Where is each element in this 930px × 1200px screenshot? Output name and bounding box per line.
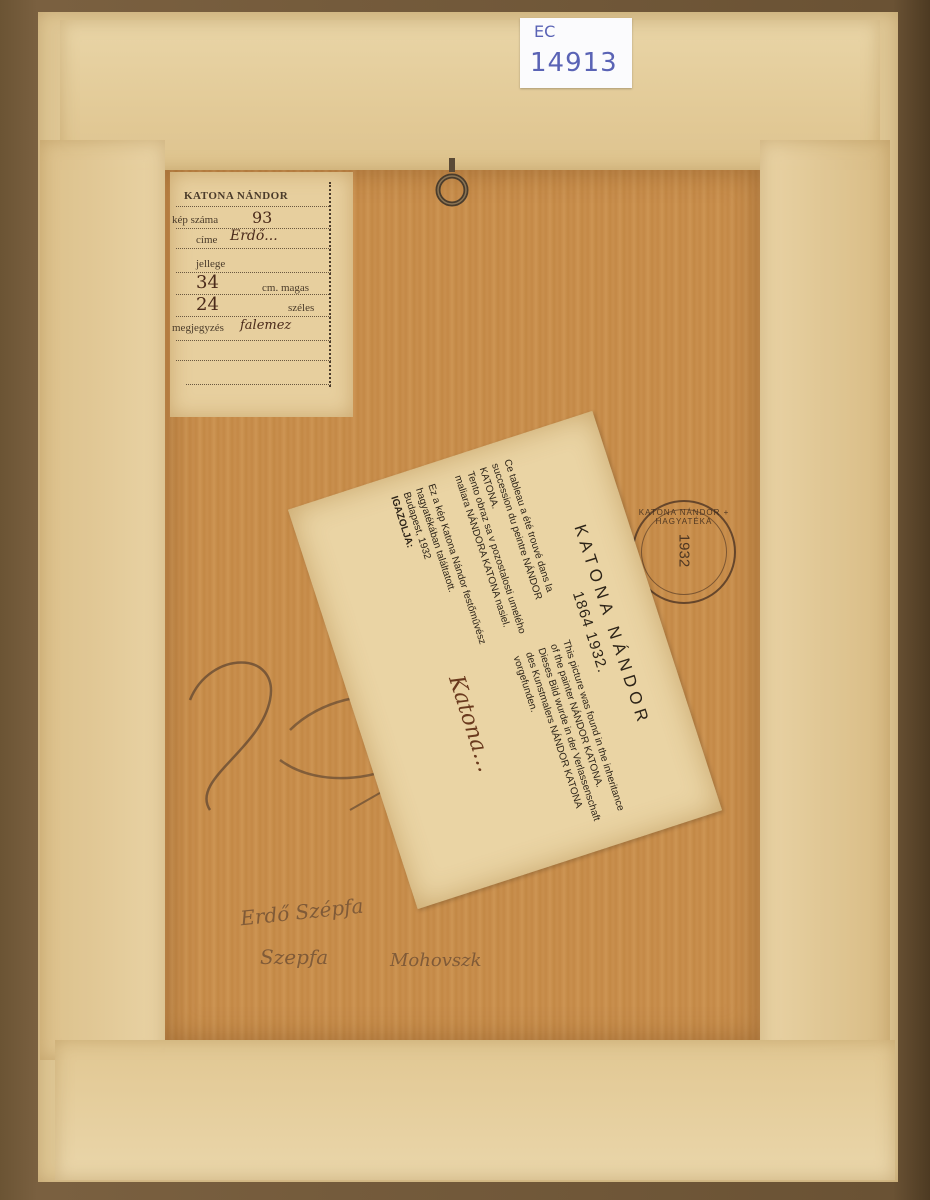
- tape-top: [60, 20, 880, 170]
- catalog-card-title: KATONA NÁNDOR: [184, 190, 288, 202]
- inventory-prefix: EC: [534, 22, 555, 41]
- divider: [176, 340, 331, 341]
- field-value: 34: [196, 272, 219, 293]
- inventory-label: EC 14913: [520, 18, 632, 88]
- tape-bottom: [55, 1040, 895, 1180]
- divider: [329, 182, 331, 387]
- field-value: falemez: [240, 318, 291, 333]
- pencil-note: Szepfa: [260, 945, 328, 969]
- field-label: széles: [288, 302, 314, 314]
- divider: [176, 360, 331, 361]
- pencil-note: Mohovszk: [390, 950, 482, 971]
- certificate-english: This picture was found in the inheritanc…: [510, 638, 631, 839]
- divider: [176, 316, 331, 317]
- stamp-ring-text: KATONA NÁNDOR + HAGYATÉKA: [634, 508, 734, 526]
- divider: [186, 384, 331, 385]
- certificate-signature: Katona...: [443, 672, 498, 775]
- divider: [176, 206, 331, 207]
- tape-right: [760, 140, 890, 1060]
- field-value: Erdő...: [230, 228, 278, 244]
- tape-left: [40, 140, 165, 1060]
- inventory-number: 14913: [530, 48, 618, 78]
- field-label: jellege: [196, 258, 225, 270]
- field-label: kép száma: [172, 214, 218, 226]
- divider: [176, 248, 331, 249]
- field-value: 93: [252, 208, 272, 227]
- stamp-year: 1932: [676, 501, 693, 601]
- field-label: címe: [196, 234, 217, 246]
- catalog-card: KATONA NÁNDOR kép száma 93 címe Erdő... …: [170, 172, 353, 417]
- field-label: cm. magas: [262, 282, 309, 294]
- field-label: megjegyzés: [172, 322, 224, 334]
- hanging-ring-icon: [432, 158, 472, 210]
- field-value: 24: [196, 294, 219, 315]
